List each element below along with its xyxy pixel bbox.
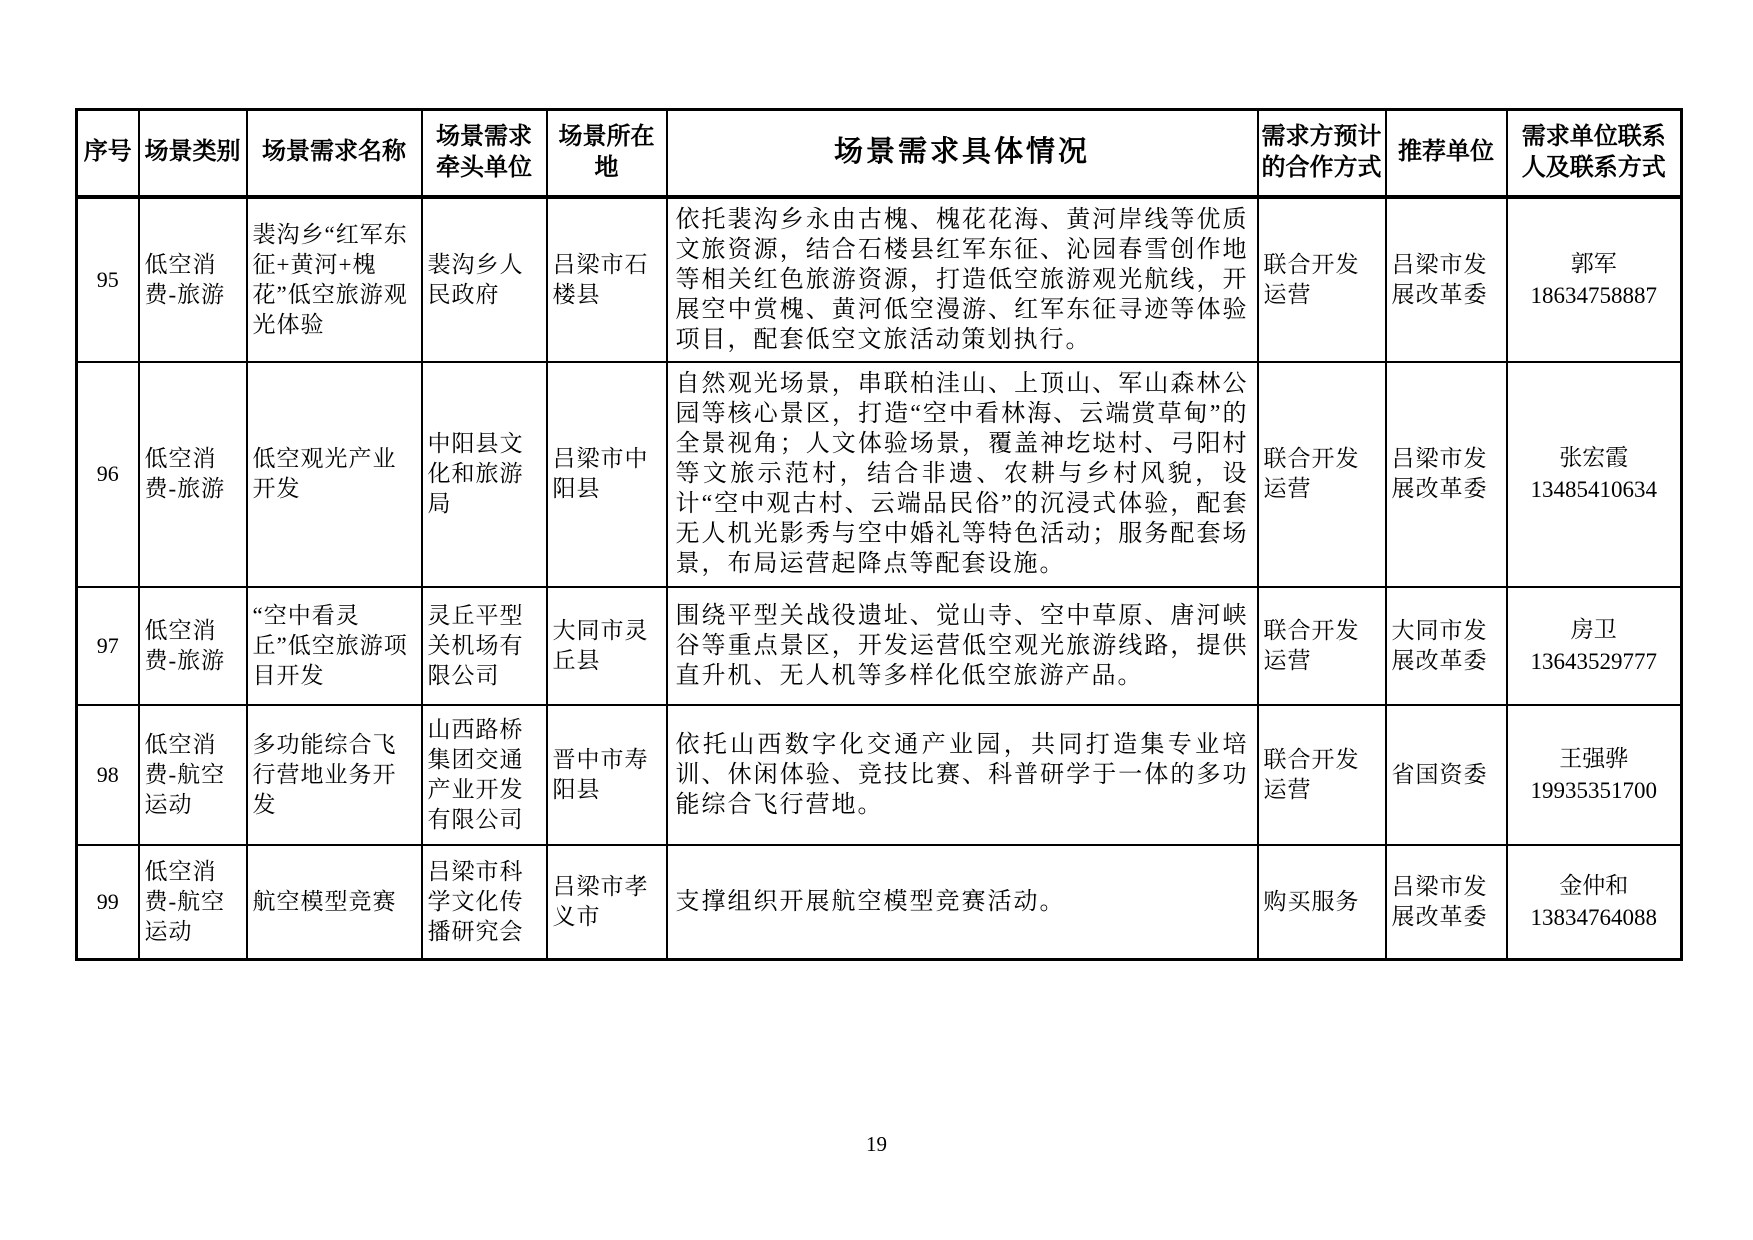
cell-location: 吕梁市石楼县 (547, 197, 667, 362)
header-row: 序号 场景类别 场景需求名称 场景需求牵头单位 场景所在地 场景需求具体情况 需… (77, 110, 1682, 197)
cell-cooperation: 联合开发运营 (1258, 705, 1386, 845)
cell-lead-unit: 裴沟乡人民政府 (422, 197, 547, 362)
cell-category: 低空消费-航空运动 (139, 705, 247, 845)
cell-cooperation: 联合开发运营 (1258, 197, 1386, 362)
table-row: 97 低空消费-旅游 “空中看灵丘”低空旅游项目开发 灵丘平型关机场有限公司 大… (77, 587, 1682, 705)
cell-recommender: 省国资委 (1386, 705, 1507, 845)
cell-no: 99 (77, 845, 139, 960)
contact-phone: 13485410634 (1512, 474, 1677, 506)
cell-detail: 支撑组织开展航空模型竞赛活动。 (667, 845, 1258, 960)
cell-category: 低空消费-旅游 (139, 197, 247, 362)
contact-name: 郭军 (1512, 248, 1677, 280)
cell-no: 98 (77, 705, 139, 845)
cell-name: “空中看灵丘”低空旅游项目开发 (247, 587, 422, 705)
contact-name: 王强骅 (1512, 743, 1677, 775)
cell-no: 96 (77, 362, 139, 587)
table-row: 95 低空消费-旅游 裴沟乡“红军东征+黄河+槐花”低空旅游观光体验 裴沟乡人民… (77, 197, 1682, 362)
header-contact: 需求单位联系人及联系方式 (1507, 110, 1682, 197)
table-row: 98 低空消费-航空运动 多功能综合飞行营地业务开发 山西路桥集团交通产业开发有… (77, 705, 1682, 845)
cell-no: 95 (77, 197, 139, 362)
cell-recommender: 吕梁市发展改革委 (1386, 845, 1507, 960)
cell-location: 吕梁市孝义市 (547, 845, 667, 960)
contact-name: 房卫 (1512, 614, 1677, 646)
cell-recommender: 吕梁市发展改革委 (1386, 362, 1507, 587)
table-row: 96 低空消费-旅游 低空观光产业开发 中阳县文化和旅游局 吕梁市中阳县 自然观… (77, 362, 1682, 587)
cell-detail: 依托山西数字化交通产业园，共同打造集专业培训、休闲体验、竞技比赛、科普研学于一体… (667, 705, 1258, 845)
header-name: 场景需求名称 (247, 110, 422, 197)
contact-phone: 13834764088 (1512, 902, 1677, 934)
cell-location: 大同市灵丘县 (547, 587, 667, 705)
cell-contact: 郭军 18634758887 (1507, 197, 1682, 362)
cell-detail: 围绕平型关战役遗址、觉山寺、空中草原、唐河峡谷等重点景区，开发运营低空观光旅游线… (667, 587, 1258, 705)
table-row: 99 低空消费-航空运动 航空模型竞赛 吕梁市科学文化传播研究会 吕梁市孝义市 … (77, 845, 1682, 960)
cell-location: 晋中市寿阳县 (547, 705, 667, 845)
cell-location: 吕梁市中阳县 (547, 362, 667, 587)
cell-cooperation: 购买服务 (1258, 845, 1386, 960)
page-number: 19 (0, 1132, 1753, 1157)
cell-name: 航空模型竞赛 (247, 845, 422, 960)
cell-cooperation: 联合开发运营 (1258, 362, 1386, 587)
header-detail: 场景需求具体情况 (667, 110, 1258, 197)
header-cooperation: 需求方预计的合作方式 (1258, 110, 1386, 197)
cell-contact: 金仲和 13834764088 (1507, 845, 1682, 960)
cell-name: 裴沟乡“红军东征+黄河+槐花”低空旅游观光体验 (247, 197, 422, 362)
contact-name: 金仲和 (1512, 870, 1677, 902)
cell-name: 低空观光产业开发 (247, 362, 422, 587)
cell-lead-unit: 灵丘平型关机场有限公司 (422, 587, 547, 705)
document-page: 序号 场景类别 场景需求名称 场景需求牵头单位 场景所在地 场景需求具体情况 需… (0, 0, 1753, 1240)
cell-detail: 自然观光场景，串联柏洼山、上顶山、军山森林公园等核心景区，打造“空中看林海、云端… (667, 362, 1258, 587)
cell-recommender: 吕梁市发展改革委 (1386, 197, 1507, 362)
cell-name: 多功能综合飞行营地业务开发 (247, 705, 422, 845)
cell-contact: 张宏霞 13485410634 (1507, 362, 1682, 587)
cell-recommender: 大同市发展改革委 (1386, 587, 1507, 705)
contact-phone: 18634758887 (1512, 280, 1677, 312)
contact-name: 张宏霞 (1512, 442, 1677, 474)
header-lead-unit: 场景需求牵头单位 (422, 110, 547, 197)
header-no: 序号 (77, 110, 139, 197)
contact-phone: 13643529777 (1512, 646, 1677, 678)
header-location: 场景所在地 (547, 110, 667, 197)
cell-lead-unit: 吕梁市科学文化传播研究会 (422, 845, 547, 960)
contact-phone: 19935351700 (1512, 775, 1677, 807)
demand-table: 序号 场景类别 场景需求名称 场景需求牵头单位 场景所在地 场景需求具体情况 需… (75, 108, 1683, 961)
cell-no: 97 (77, 587, 139, 705)
cell-contact: 王强骅 19935351700 (1507, 705, 1682, 845)
cell-lead-unit: 中阳县文化和旅游局 (422, 362, 547, 587)
cell-lead-unit: 山西路桥集团交通产业开发有限公司 (422, 705, 547, 845)
header-recommender: 推荐单位 (1386, 110, 1507, 197)
cell-cooperation: 联合开发运营 (1258, 587, 1386, 705)
cell-contact: 房卫 13643529777 (1507, 587, 1682, 705)
cell-category: 低空消费-旅游 (139, 587, 247, 705)
cell-detail: 依托裴沟乡永由古槐、槐花花海、黄河岸线等优质文旅资源，结合石楼县红军东征、沁园春… (667, 197, 1258, 362)
header-category: 场景类别 (139, 110, 247, 197)
cell-category: 低空消费-航空运动 (139, 845, 247, 960)
cell-category: 低空消费-旅游 (139, 362, 247, 587)
